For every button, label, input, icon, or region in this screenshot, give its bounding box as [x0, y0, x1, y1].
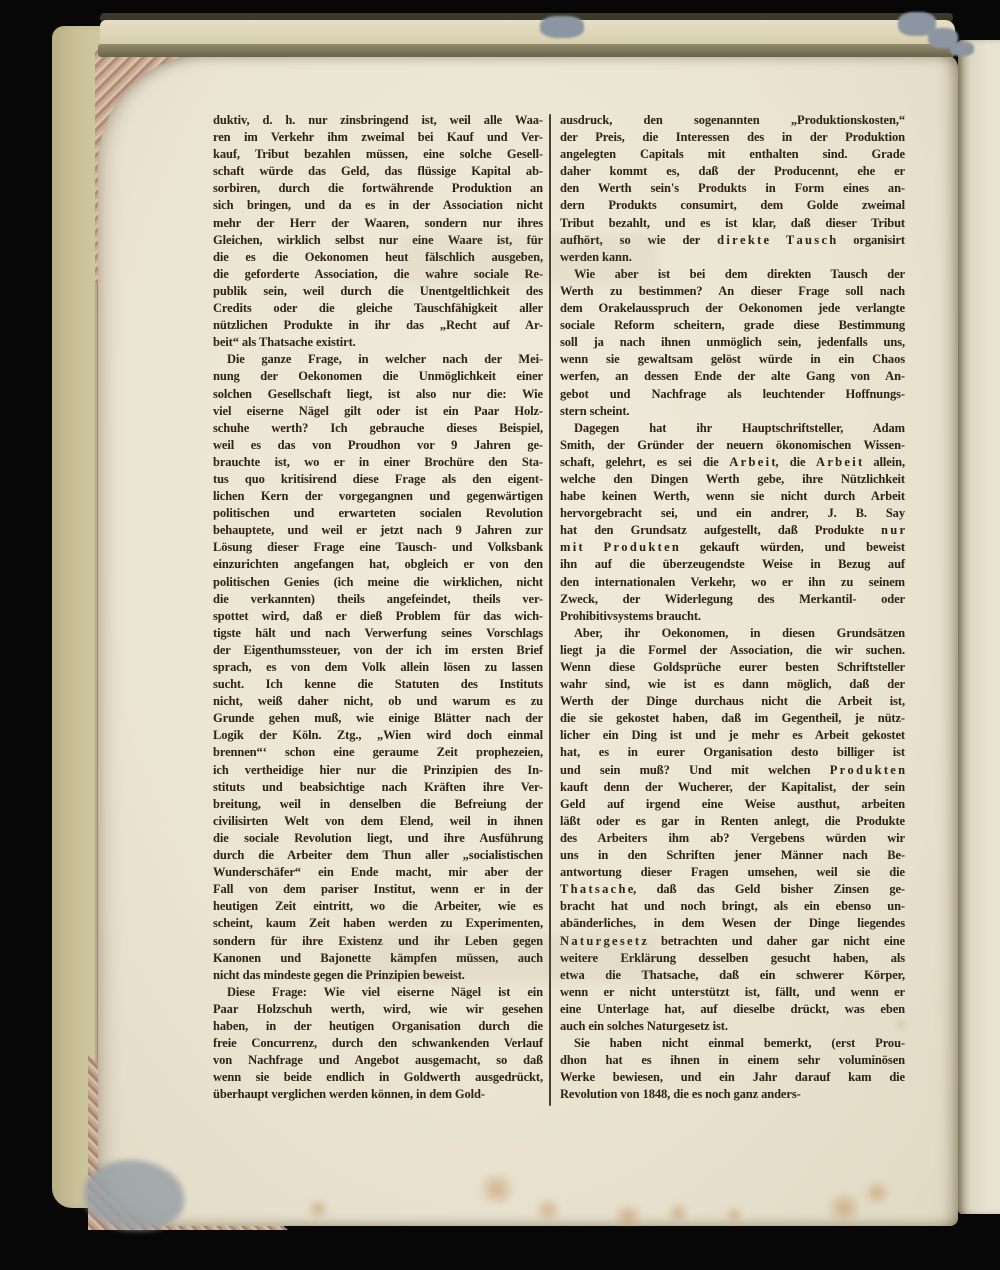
text-line: die sie gekostet haben, daß im Gegenthei…: [560, 710, 905, 727]
text-line: ich vertheidige hier nur die Prinzipien …: [213, 762, 543, 779]
text-line: Dagegen hat ihr Hauptschriftsteller, Ada…: [560, 420, 905, 437]
text-line: sorbiren, durch die fortwährende Produkt…: [213, 180, 543, 197]
damage-chip: [950, 42, 974, 56]
text-line: Fall von dem pariser Institut, wenn er i…: [213, 881, 543, 898]
text-line: nicht, weiß daher nicht, ob und warum es…: [213, 693, 543, 710]
text-line: sociale Reform scheitern, grade diese Be…: [560, 317, 905, 334]
text-line: Geld auf irgend eine Weise austhut, arbe…: [560, 796, 905, 813]
foxing-stain: [665, 1204, 691, 1222]
text-line: auch ein solches Naturgesetz ist.: [560, 1018, 905, 1035]
text-line: T h a t s a c h e, daß das Geld bisher Z…: [560, 881, 905, 898]
text-line: politischen und erwarteten socialen Revo…: [213, 505, 543, 522]
text-line: politischen Genies (ich meine die wirkli…: [213, 574, 543, 591]
foxing-stain: [893, 1019, 909, 1031]
text-line: soll ja nach ihnen unmöglich sein, jeden…: [560, 334, 905, 351]
text-line: tus quo kritisirend diese Frage als den …: [213, 471, 543, 488]
text-line: lichen Kern der vorgegangnen und gegenwä…: [213, 488, 543, 505]
text-line: sich bringen, und da es in der Associati…: [213, 197, 543, 214]
text-line: Lösung dieser Frage eine Tausch- und Vol…: [213, 539, 543, 556]
show-through-smudge: [358, 934, 658, 982]
text-line: civilisirten Welt von dem Elend, weil in…: [213, 813, 543, 830]
text-line: Sie haben nicht einmal bemerkt, (erst Pr…: [560, 1035, 905, 1052]
text-line: haben, in der heutigen Organisation durc…: [213, 1018, 543, 1035]
text-line: uns in den Schriften jener Männer nach B…: [560, 847, 905, 864]
text-line: wenn sie beide endlich in Goldwerth ausg…: [213, 1069, 543, 1086]
text-line: brennen“‘ schon eine geraume Zeit prophe…: [213, 744, 543, 761]
text-line: eine Unterlage hat, auf dieselbe drückt,…: [560, 1001, 905, 1018]
paragraph: Die ganze Frage, in welcher nach der Mei…: [213, 351, 543, 983]
text-line: mehr der Herr der Waaren, sondern nur ih…: [213, 215, 543, 232]
show-through-smudge: [398, 234, 658, 286]
foxing-stain: [723, 1208, 745, 1222]
paragraph: Wie aber ist bei dem direkten Tausch der…: [560, 266, 905, 420]
text-line: von Nachfrage und Angebot ausgemacht, so…: [213, 1052, 543, 1069]
text-line: Smith, der Gründer der neuern ökonomisch…: [560, 437, 905, 454]
text-line: Prohibitivsystems braucht.: [560, 608, 905, 625]
text-line: des Arbeiters ihm ab? Vergebens würden w…: [560, 830, 905, 847]
text-line: bracht hat und noch bringt, als ein eben…: [560, 898, 905, 915]
paragraph: Diese Frage: Wie viel eiserne Nägel ist …: [213, 984, 543, 1104]
text-line: läßt oder es gar in Renten anlegt, die P…: [560, 813, 905, 830]
text-line: überhaupt verglichen werden können, in d…: [213, 1086, 543, 1103]
text-line: heutigen Zeit eintritt, wo die Arbeiter,…: [213, 898, 543, 915]
text-line: gebot und Nachfrage als leuchtender Hoff…: [560, 386, 905, 403]
text-line: und sein muß? Und mit welchen P r o d u …: [560, 762, 905, 779]
foxing-stain: [305, 1200, 331, 1218]
text-line: stituts und beabsichtige nach Kräften ih…: [213, 779, 543, 796]
foxing-stain: [533, 1199, 563, 1221]
scanned-book-photograph: { "colors":{ "background":"#070707", "pa…: [0, 0, 1000, 1270]
text-line: ihn auf die überzeugendste Weise in Bezu…: [560, 556, 905, 573]
paragraph: Dagegen hat ihr Hauptschriftsteller, Ada…: [560, 420, 905, 625]
text-line: breitung, weil in denselben die Befreiun…: [213, 796, 543, 813]
text-line: tigste hält und nach Verwerfung seines V…: [213, 625, 543, 642]
text-line: den Werth sein's Produkts in Form eines …: [560, 180, 905, 197]
paragraph: duktiv, d. h. nur zinsbringend ist, weil…: [213, 112, 543, 351]
text-line: ausdruck, den sogenannten „Produktionsko…: [560, 112, 905, 129]
text-line: wenn er nicht unterstützt ist, fällt, un…: [560, 984, 905, 1001]
book-top-edge-paper: [100, 20, 955, 46]
text-line: dem Orakelausspruch der Oekonomen jede v…: [560, 300, 905, 317]
text-line: einzurichten angefangen hat, obgleich er…: [213, 556, 543, 573]
text-line: Wenn diese Goldsprüche eurer besten Schr…: [560, 659, 905, 676]
text-line: Revolution von 1848, die es noch ganz an…: [560, 1086, 905, 1103]
text-line: solchen Gesellschaft liegt, ist also nur…: [213, 386, 543, 403]
text-line: kauft denn der Wucherer, der Kapitalist,…: [560, 779, 905, 796]
text-line: behauptete, und weil er jetzt nach 9 Jah…: [213, 522, 543, 539]
text-line: Werke bewiesen, und ein Jahr darauf kam …: [560, 1069, 905, 1086]
text-line: Tribut bezahlt, und es ist klar, daß die…: [560, 215, 905, 232]
text-line: schuhe werth? Ich gebrauche dieses Beisp…: [213, 420, 543, 437]
text-line: m i t P r o d u k t e n gekauft würden, …: [560, 539, 905, 556]
text-line: Werth der Dinge durchaus nicht die Arbei…: [560, 693, 905, 710]
text-line: Diese Frage: Wie viel eiserne Nägel ist …: [213, 984, 543, 1001]
text-line: nung der Oekonomen die Unmöglichkeit ein…: [213, 368, 543, 385]
text-line: abänderliches, in dem Wesen der Dinge li…: [560, 915, 905, 932]
text-line: Grunde gehen muß, wie einige Blätter nac…: [213, 710, 543, 727]
text-line: duktiv, d. h. nur zinsbringend ist, weil…: [213, 112, 543, 129]
text-line: weil es das von Proudhon vor 9 Jahren ge…: [213, 437, 543, 454]
text-line: angelegten Capitals mit enthalten sind. …: [560, 146, 905, 163]
text-line: Die ganze Frage, in welcher nach der Mei…: [213, 351, 543, 368]
foxing-stain: [475, 1174, 519, 1204]
text-line: liegt ja die Formel der Association, die…: [560, 642, 905, 659]
paragraph: Sie haben nicht einmal bemerkt, (erst Pr…: [560, 1035, 905, 1103]
text-line: sucht. Ich kenne die Statuten des Instit…: [213, 676, 543, 693]
text-line: schaft, gelehrt, es sei die A r b e i t,…: [560, 454, 905, 471]
text-line: ren im Verkehr ihm zweimal bei Kauf und …: [213, 129, 543, 146]
text-line: hervorgebracht sei, und ein andrer, J. B…: [560, 505, 905, 522]
text-line: Credits oder die gleiche Tauschfähigkeit…: [213, 300, 543, 317]
text-line: werfen, an dessen Ende der alte Gang von…: [560, 368, 905, 385]
book-top-edge-shadow: [98, 44, 955, 57]
text-line: die verkannten) theils angefeindet, thei…: [213, 591, 543, 608]
text-line: der Preis, die Interessen des in der Pro…: [560, 129, 905, 146]
text-line: spottet wird, daß er dieß Problem für da…: [213, 608, 543, 625]
text-line: scheint, kaum Zeit haben werden zu Exper…: [213, 915, 543, 932]
next-page-sliver: [958, 40, 1000, 1214]
text-line: viel eiserne Nägel gilt oder ist ein Paa…: [213, 403, 543, 420]
text-line: dern Produkts consumirt, dem Golde zweim…: [560, 197, 905, 214]
text-line: durch die Arbeiter dem Thun aller „socia…: [213, 847, 543, 864]
text-line: hat, es in eurer Organisation desto bill…: [560, 744, 905, 761]
text-line: nützlichen Produkte in ihr das „Recht au…: [213, 317, 543, 334]
text-line: Aber, ihr Oekonomen, in diesen Grundsätz…: [560, 625, 905, 642]
foxing-stain: [862, 1182, 892, 1204]
text-line: beit“ als Thatsache existirt.: [213, 334, 543, 351]
text-line: brauchte ist, wo er in einer Brochüre de…: [213, 454, 543, 471]
text-line: Paar Holzschuh werth, wird, wie wir gese…: [213, 1001, 543, 1018]
page-surface: duktiv, d. h. nur zinsbringend ist, weil…: [98, 54, 958, 1226]
text-line: dhon hat es ihnen in einem sehr voluminö…: [560, 1052, 905, 1069]
foxing-stain: [610, 1206, 646, 1226]
text-line: welche den Dingen Werth gebe, ihre Nützl…: [560, 471, 905, 488]
text-line: den internationalen Verkehr, wo er ihn z…: [560, 574, 905, 591]
text-line: der Eigenthumssteuer, von der ich im ers…: [213, 642, 543, 659]
foxing-stain: [823, 1194, 865, 1222]
text-line: habe keinen Werth, wenn sie nicht durch …: [560, 488, 905, 505]
text-line: licher ein Ding ist und je mehr es Arbei…: [560, 727, 905, 744]
text-line: hat den Grundsatz aufgestellt, daß Produ…: [560, 522, 905, 539]
text-line: schaft würde das Geld, das flüssige Kapi…: [213, 163, 543, 180]
text-line: sprach, es von dem Volk allein lösen zu …: [213, 659, 543, 676]
text-line: Zweck, der Widerlegung des Merkantil- od…: [560, 591, 905, 608]
text-line: die sociale Revolution liegt, und ihre A…: [213, 830, 543, 847]
text-line: kauf, Tribut bezahlen müssen, eine solch…: [213, 146, 543, 163]
text-line: Logik der Köln. Ztg., „Wien wird doch ei…: [213, 727, 543, 744]
damage-chip: [540, 16, 584, 38]
text-line: daher kommt es, daß der Producennt, ehe …: [560, 163, 905, 180]
text-line: stern scheint.: [560, 403, 905, 420]
text-line: wahr sind, wie ist es dann möglich, daß …: [560, 676, 905, 693]
text-line: freie Concurrenz, durch den schwankenden…: [213, 1035, 543, 1052]
text-line: Wunderschäfer“ ein Ende macht, mir aber …: [213, 864, 543, 881]
text-line: antwortung dieser Fragen umsehen, weil s…: [560, 864, 905, 881]
text-line: wenn sie gewaltsam gelöst würde in ein C…: [560, 351, 905, 368]
